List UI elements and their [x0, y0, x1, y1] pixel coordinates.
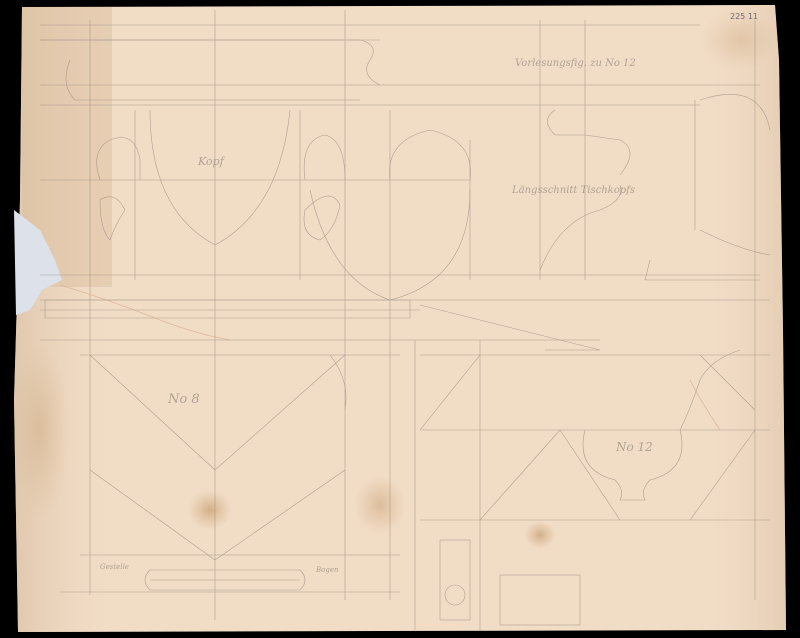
catalog-stamp: 225 11 [730, 12, 758, 21]
annotation-no8: No 8 [168, 392, 200, 407]
annotation-top-right: Vorlesungsfig. zu No 12 [515, 58, 636, 69]
drawing-sheet: 225 11 Vorlesungsfig. zu No 12 Kopf Läng… [0, 0, 800, 638]
annotation-shield: Kopf [198, 155, 224, 168]
annotation-bottom-left: Gestelle [100, 563, 129, 571]
annotation-middle: Längsschnitt Tischkopfs [512, 185, 635, 196]
paper [14, 5, 786, 632]
annotation-bottom-mid: Bogen [316, 566, 339, 574]
annotation-no12: No 12 [616, 440, 653, 454]
paper-drawing [0, 0, 800, 638]
